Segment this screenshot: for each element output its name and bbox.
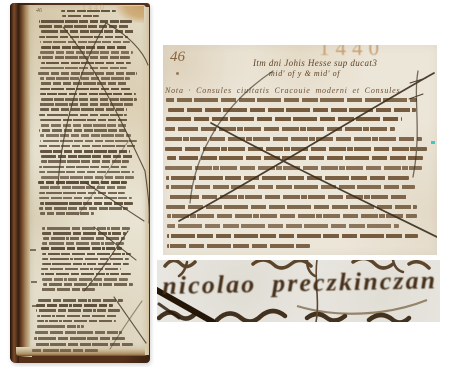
script-line (38, 72, 137, 75)
entry-heading-line2: mid' of y & mid' of (269, 69, 340, 78)
script-line (167, 244, 310, 248)
script-line (37, 320, 116, 323)
script-line (41, 176, 135, 179)
script-line (40, 134, 131, 137)
book-page-photo: 46 1440 (10, 3, 150, 363)
script-line (166, 98, 417, 102)
folio-number: 46 (36, 8, 42, 14)
partial-bottom-line (307, 314, 345, 321)
script-line (40, 108, 128, 111)
script-line (40, 93, 136, 96)
script-line (38, 181, 127, 184)
script-line (41, 160, 129, 163)
script-line (39, 166, 127, 169)
script-line (36, 304, 113, 307)
script-line (168, 108, 416, 112)
script-line (165, 137, 421, 141)
script-line (42, 242, 124, 245)
script-line (42, 278, 129, 281)
swash-stroke (297, 300, 427, 314)
script-line (42, 258, 129, 261)
script-line (166, 185, 416, 189)
script-line (43, 283, 133, 286)
script-line (62, 15, 99, 17)
script-line (40, 212, 94, 215)
script-line (43, 237, 125, 240)
script-line (39, 114, 127, 117)
script-line (41, 247, 122, 250)
folio-number: 46 (170, 49, 185, 66)
script-line (165, 147, 427, 151)
stroke (410, 78, 426, 83)
script-line (167, 234, 418, 238)
bold-cancellation-branch (159, 304, 179, 318)
script-line (39, 20, 133, 23)
closeup-name-text: nicolao preczkinczan (162, 267, 437, 301)
margin-mark (30, 249, 36, 251)
closeup-crop-photo: nicolao preczkinczan (157, 260, 440, 322)
script-line (41, 268, 121, 271)
script-line (37, 315, 118, 318)
cyan-speck (431, 141, 435, 144)
script-line (39, 197, 133, 200)
entry-heading-line1: Itm dni Johis Hesse sup ducat3 (253, 58, 377, 68)
script-line (40, 124, 128, 127)
script-line (39, 103, 133, 106)
partial-bottom-line (159, 312, 195, 318)
script-line (40, 202, 134, 205)
script-line (42, 253, 131, 256)
partial-bottom-line (369, 315, 409, 322)
script-line (39, 186, 127, 189)
script-line (41, 46, 127, 49)
partial-top-line (165, 260, 195, 266)
script-line (40, 51, 133, 54)
script-line (34, 337, 125, 340)
page-fore-edge (145, 7, 149, 355)
script-line (39, 171, 135, 174)
script-line (35, 331, 122, 334)
script-line (41, 62, 131, 65)
script-line (39, 145, 136, 148)
stroke (413, 71, 418, 177)
script-line (165, 127, 395, 131)
script-line (40, 41, 129, 44)
script-line (166, 117, 402, 121)
script-line (165, 166, 421, 170)
script-line (167, 214, 418, 218)
margin-mark (32, 305, 38, 307)
script-line (42, 227, 131, 230)
manuscript-figure: 46 1440 (0, 0, 450, 367)
script-line (166, 205, 417, 209)
script-line (40, 82, 127, 85)
script-line (40, 288, 95, 291)
script-line (166, 176, 409, 180)
script-line (41, 98, 138, 101)
script-line (32, 349, 98, 352)
folio-dot (176, 72, 179, 75)
script-line (42, 263, 129, 266)
manuscript-page: 46 1440 (30, 5, 146, 348)
script-line (41, 273, 131, 276)
partial-top-line (353, 260, 393, 268)
script-line (36, 309, 120, 312)
script-line (38, 299, 123, 302)
script-line (38, 56, 130, 59)
script-line (61, 10, 116, 12)
partial-top-line (253, 260, 311, 268)
script-line (39, 207, 128, 210)
script-line (35, 343, 134, 346)
script-line (40, 140, 137, 143)
script-line (167, 224, 399, 228)
script-line (39, 192, 125, 195)
script-line (39, 25, 129, 28)
script-line (40, 150, 130, 153)
script-line (168, 195, 408, 199)
script-line (37, 325, 84, 328)
margin-mark (31, 281, 37, 283)
script-line (40, 88, 131, 91)
script-line (40, 67, 127, 70)
partial-bottom-line (217, 311, 285, 322)
script-line (40, 77, 130, 80)
script-line (41, 30, 135, 33)
script-line (42, 232, 126, 235)
script-line (167, 156, 422, 160)
script-line (41, 155, 133, 158)
body-opening-line: Nota · Consules ciuitatis Cracouie moder… (165, 86, 400, 95)
script-line (39, 36, 128, 39)
detail-crop-photo: 46 1440 Itm dni Johis Hesse sup ducat3 m… (163, 45, 437, 255)
script-line (39, 129, 126, 132)
script-line (40, 119, 128, 122)
